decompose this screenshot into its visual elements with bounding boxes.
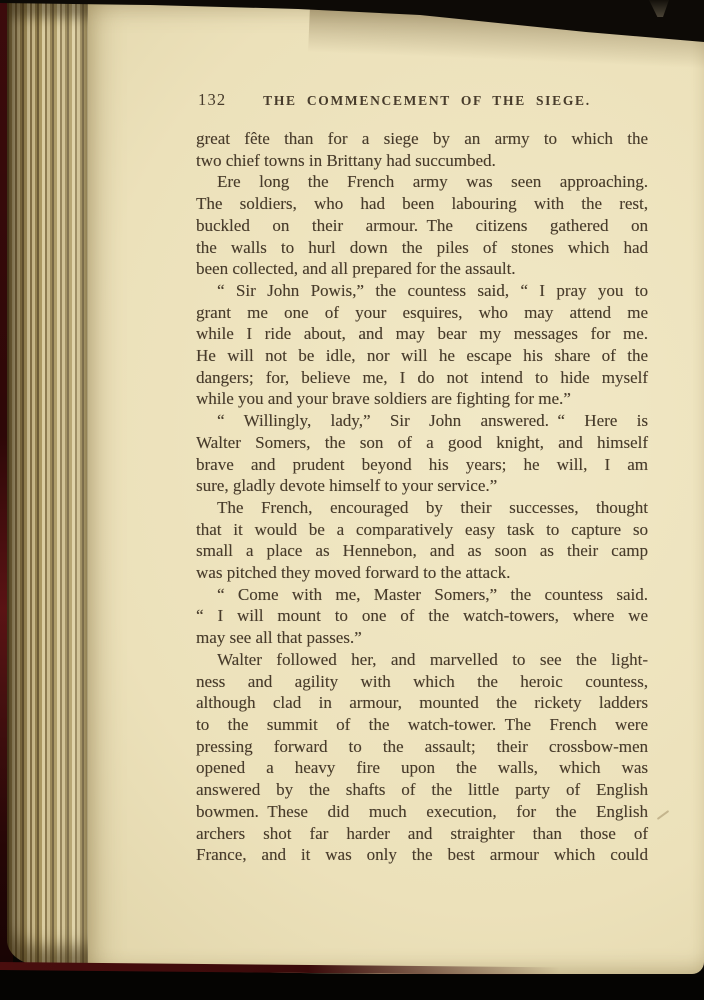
text-line: pressing forward to the assault; their c… — [196, 736, 648, 758]
text-line: sure, gladly devote himself to your serv… — [196, 475, 648, 497]
text-line: Ere long the French army was seen approa… — [196, 171, 648, 193]
running-header: 132 THE COMMENCEMENT OF THE SIEGE. — [196, 90, 648, 112]
text-line: buckled on their armour. The citizens ga… — [196, 215, 648, 237]
text-line: answered by the shafts of the little par… — [196, 779, 648, 801]
text-line: Walter followed her, and marvelled to se… — [196, 649, 648, 671]
text-line: was pitched they moved forward to the at… — [196, 562, 648, 584]
text-line: the walls to hurl down the piles of ston… — [196, 237, 648, 259]
text-line: He will not be idle, nor will he escape … — [196, 345, 648, 367]
text-body: great fête than for a siege by an army t… — [196, 128, 648, 866]
text-line: opened a heavy fire upon the walls, whic… — [196, 757, 648, 779]
text-line: to the summit of the watch-tower. The Fr… — [196, 714, 648, 736]
text-line: bowmen. These did much execution, for th… — [196, 801, 648, 823]
page-text-layer: 132 THE COMMENCEMENT OF THE SIEGE. great… — [0, 0, 704, 1000]
text-line: been collected, and all prepared for the… — [196, 258, 648, 280]
text-line: brave and prudent beyond his years; he w… — [196, 454, 648, 476]
text-line: may see all that passes.” — [196, 627, 648, 649]
text-line: although clad in armour, mounted the ric… — [196, 692, 648, 714]
text-line: while I ride about, and may bear my mess… — [196, 323, 648, 345]
book-photo: 132 THE COMMENCEMENT OF THE SIEGE. great… — [0, 0, 704, 1000]
text-line: “ I will mount to one of the watch-tower… — [196, 605, 648, 627]
text-line: “ Willingly, lady,” Sir John answered. “… — [196, 410, 648, 432]
text-line: grant me one of your esquires, who may a… — [196, 302, 648, 324]
text-line: while you and your brave soldiers are fi… — [196, 388, 648, 410]
text-line: France, and it was only the best armour … — [196, 844, 648, 866]
text-line: The French, encouraged by their successe… — [196, 497, 648, 519]
text-line: that it would be a comparatively easy ta… — [196, 519, 648, 541]
text-line: ness and agility with which the heroic c… — [196, 671, 648, 693]
text-line: “ Sir John Powis,” the countess said, “ … — [196, 280, 648, 302]
text-line: Walter Somers, the son of a good knight,… — [196, 432, 648, 454]
text-line: “ Come with me, Master Somers,” the coun… — [196, 584, 648, 606]
text-line: dangers; for, believe me, I do not inten… — [196, 367, 648, 389]
running-title: THE COMMENCEMENT OF THE SIEGE. — [206, 93, 648, 109]
text-line: great fête than for a siege by an army t… — [196, 128, 648, 150]
text-line: small a place as Hennebon, and as soon a… — [196, 540, 648, 562]
text-line: two chief towns in Brittany had succumbe… — [196, 150, 648, 172]
text-line: archers shot far harder and straighter t… — [196, 823, 648, 845]
text-line: The soldiers, who had been labouring wit… — [196, 193, 648, 215]
